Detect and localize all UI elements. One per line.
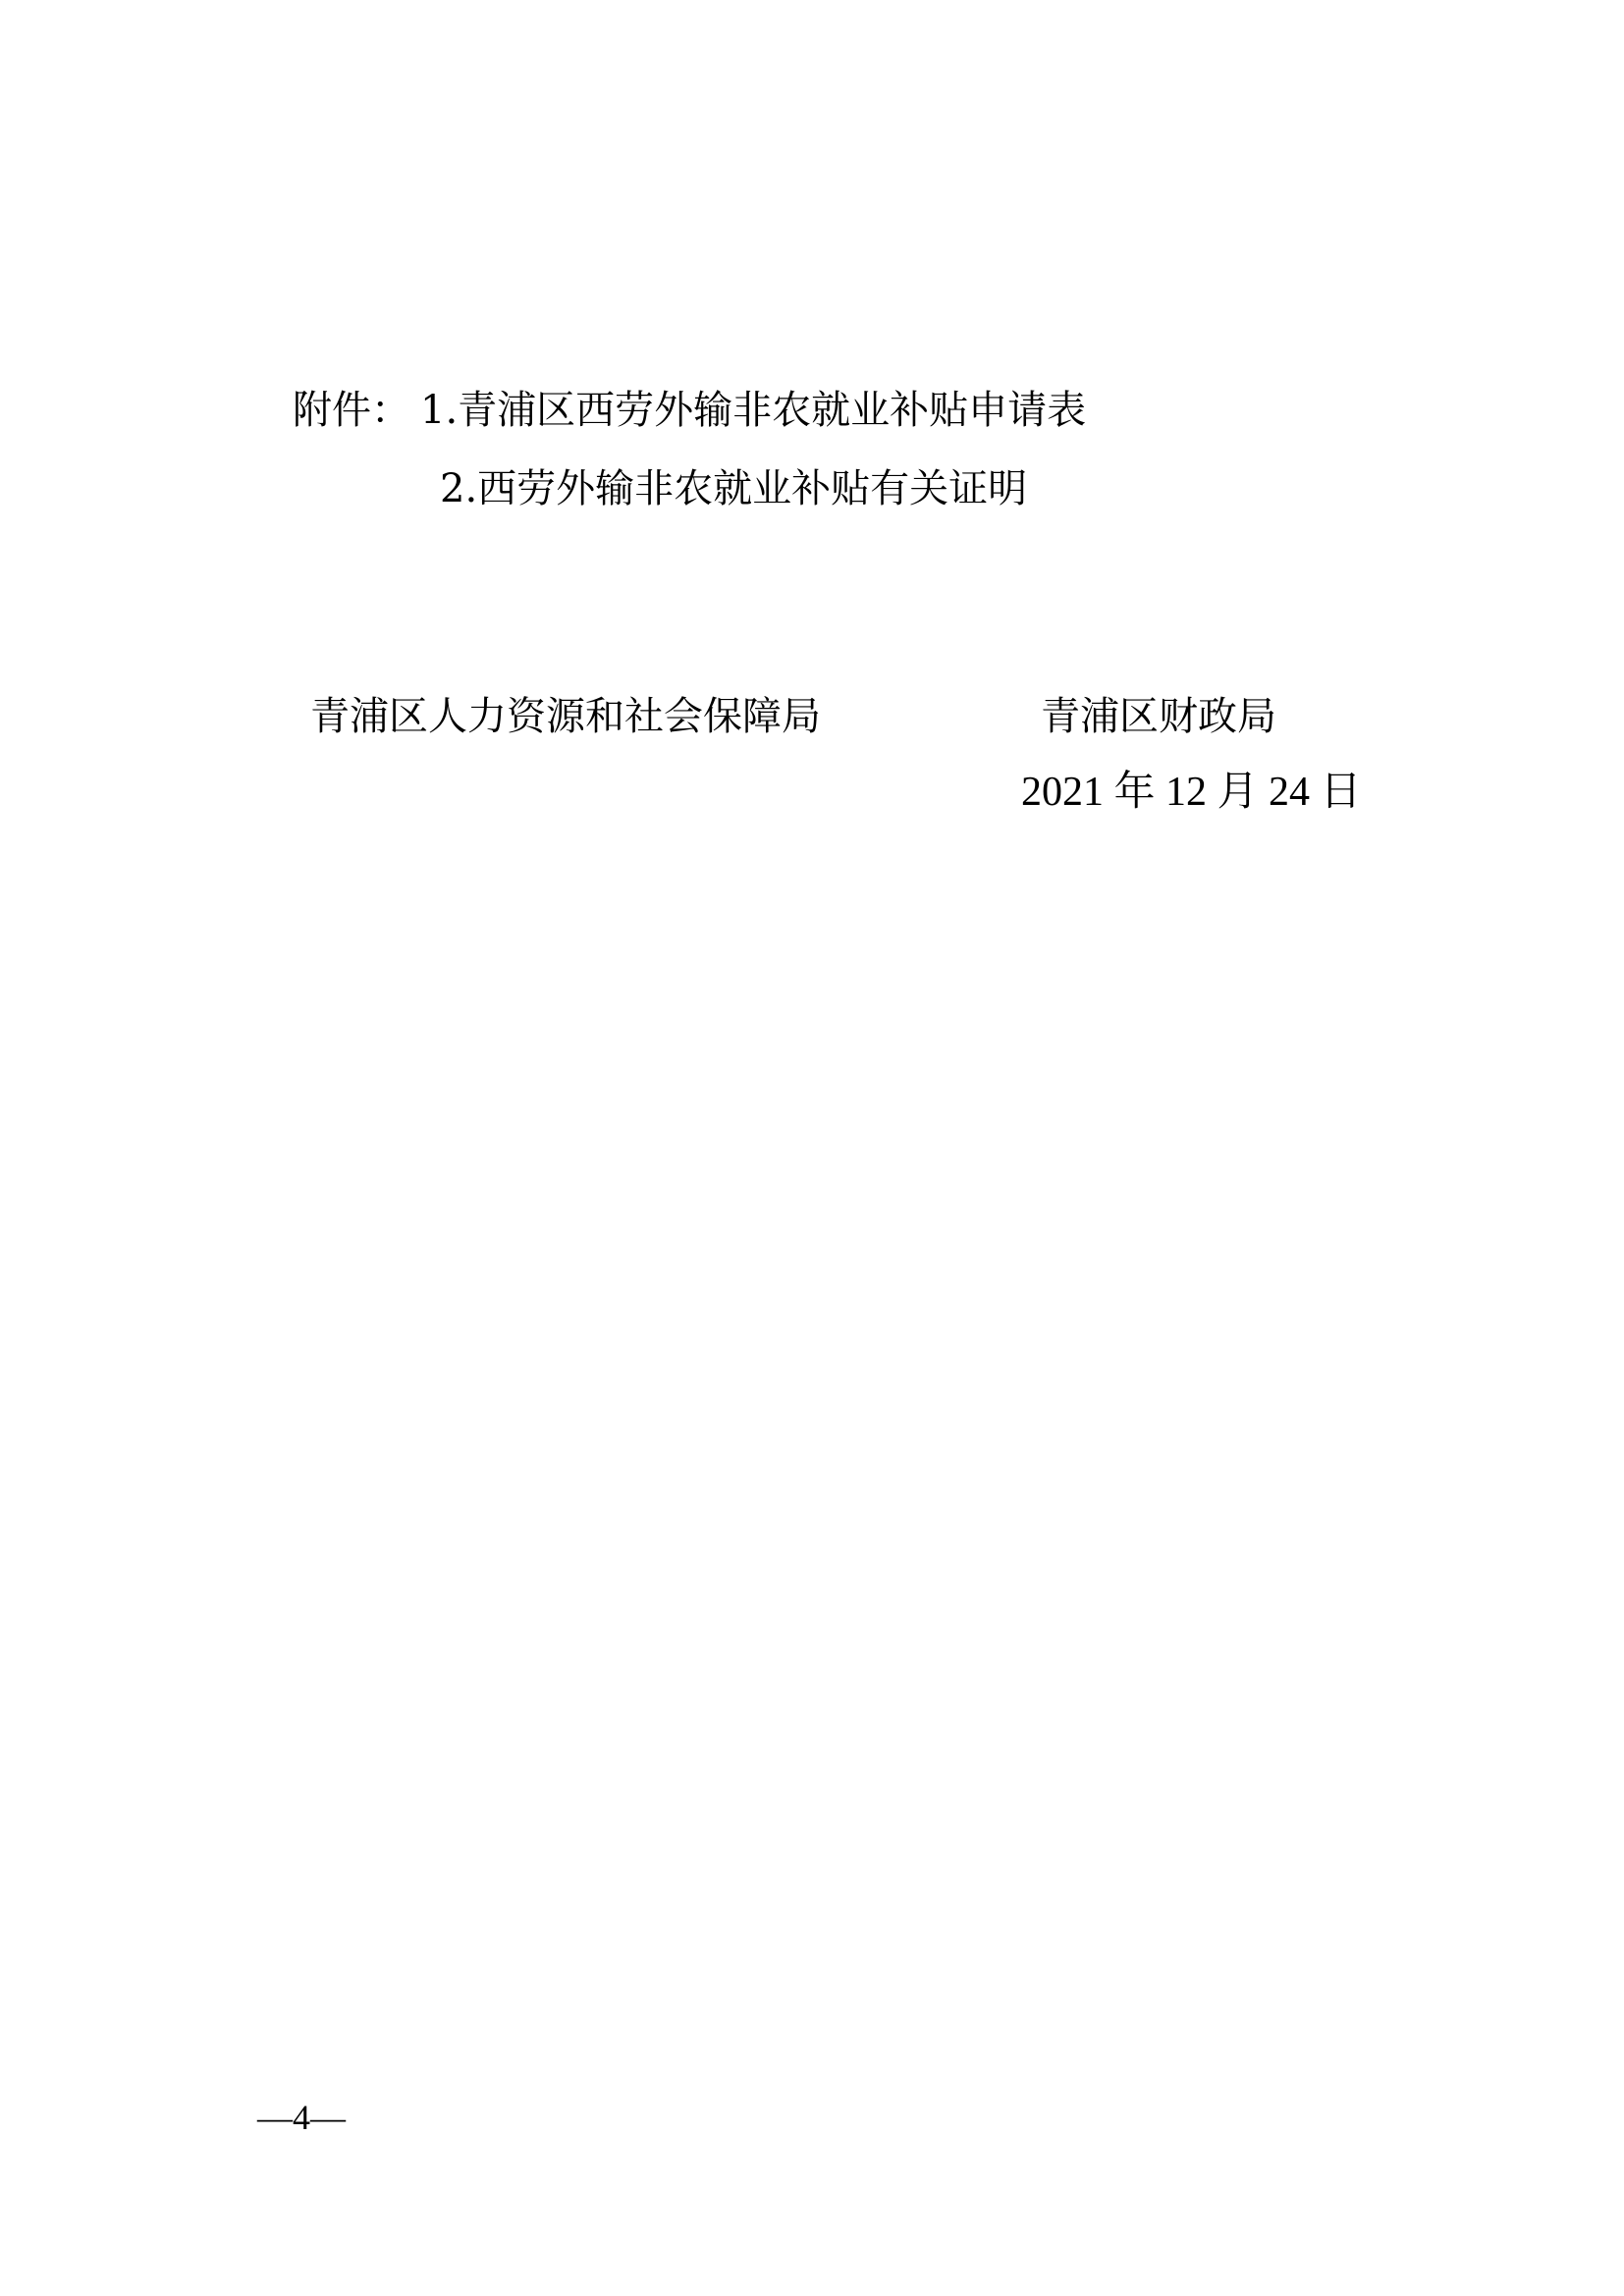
- page-number: —4—: [257, 2098, 346, 2137]
- attachment-item-1: 1.青浦区西劳外输非农就业补贴申请表: [420, 387, 1086, 434]
- issue-date: 2021 年 12 月 24 日: [1021, 769, 1362, 816]
- attachment-item-2: 2.西劳外输非农就业补贴有关证明: [440, 465, 1027, 512]
- signature-finance-bureau: 青浦区财政局: [1041, 693, 1276, 740]
- attachments-label: 附件：: [293, 387, 410, 434]
- signature-hr-bureau: 青浦区人力资源和社会保障局: [310, 693, 821, 740]
